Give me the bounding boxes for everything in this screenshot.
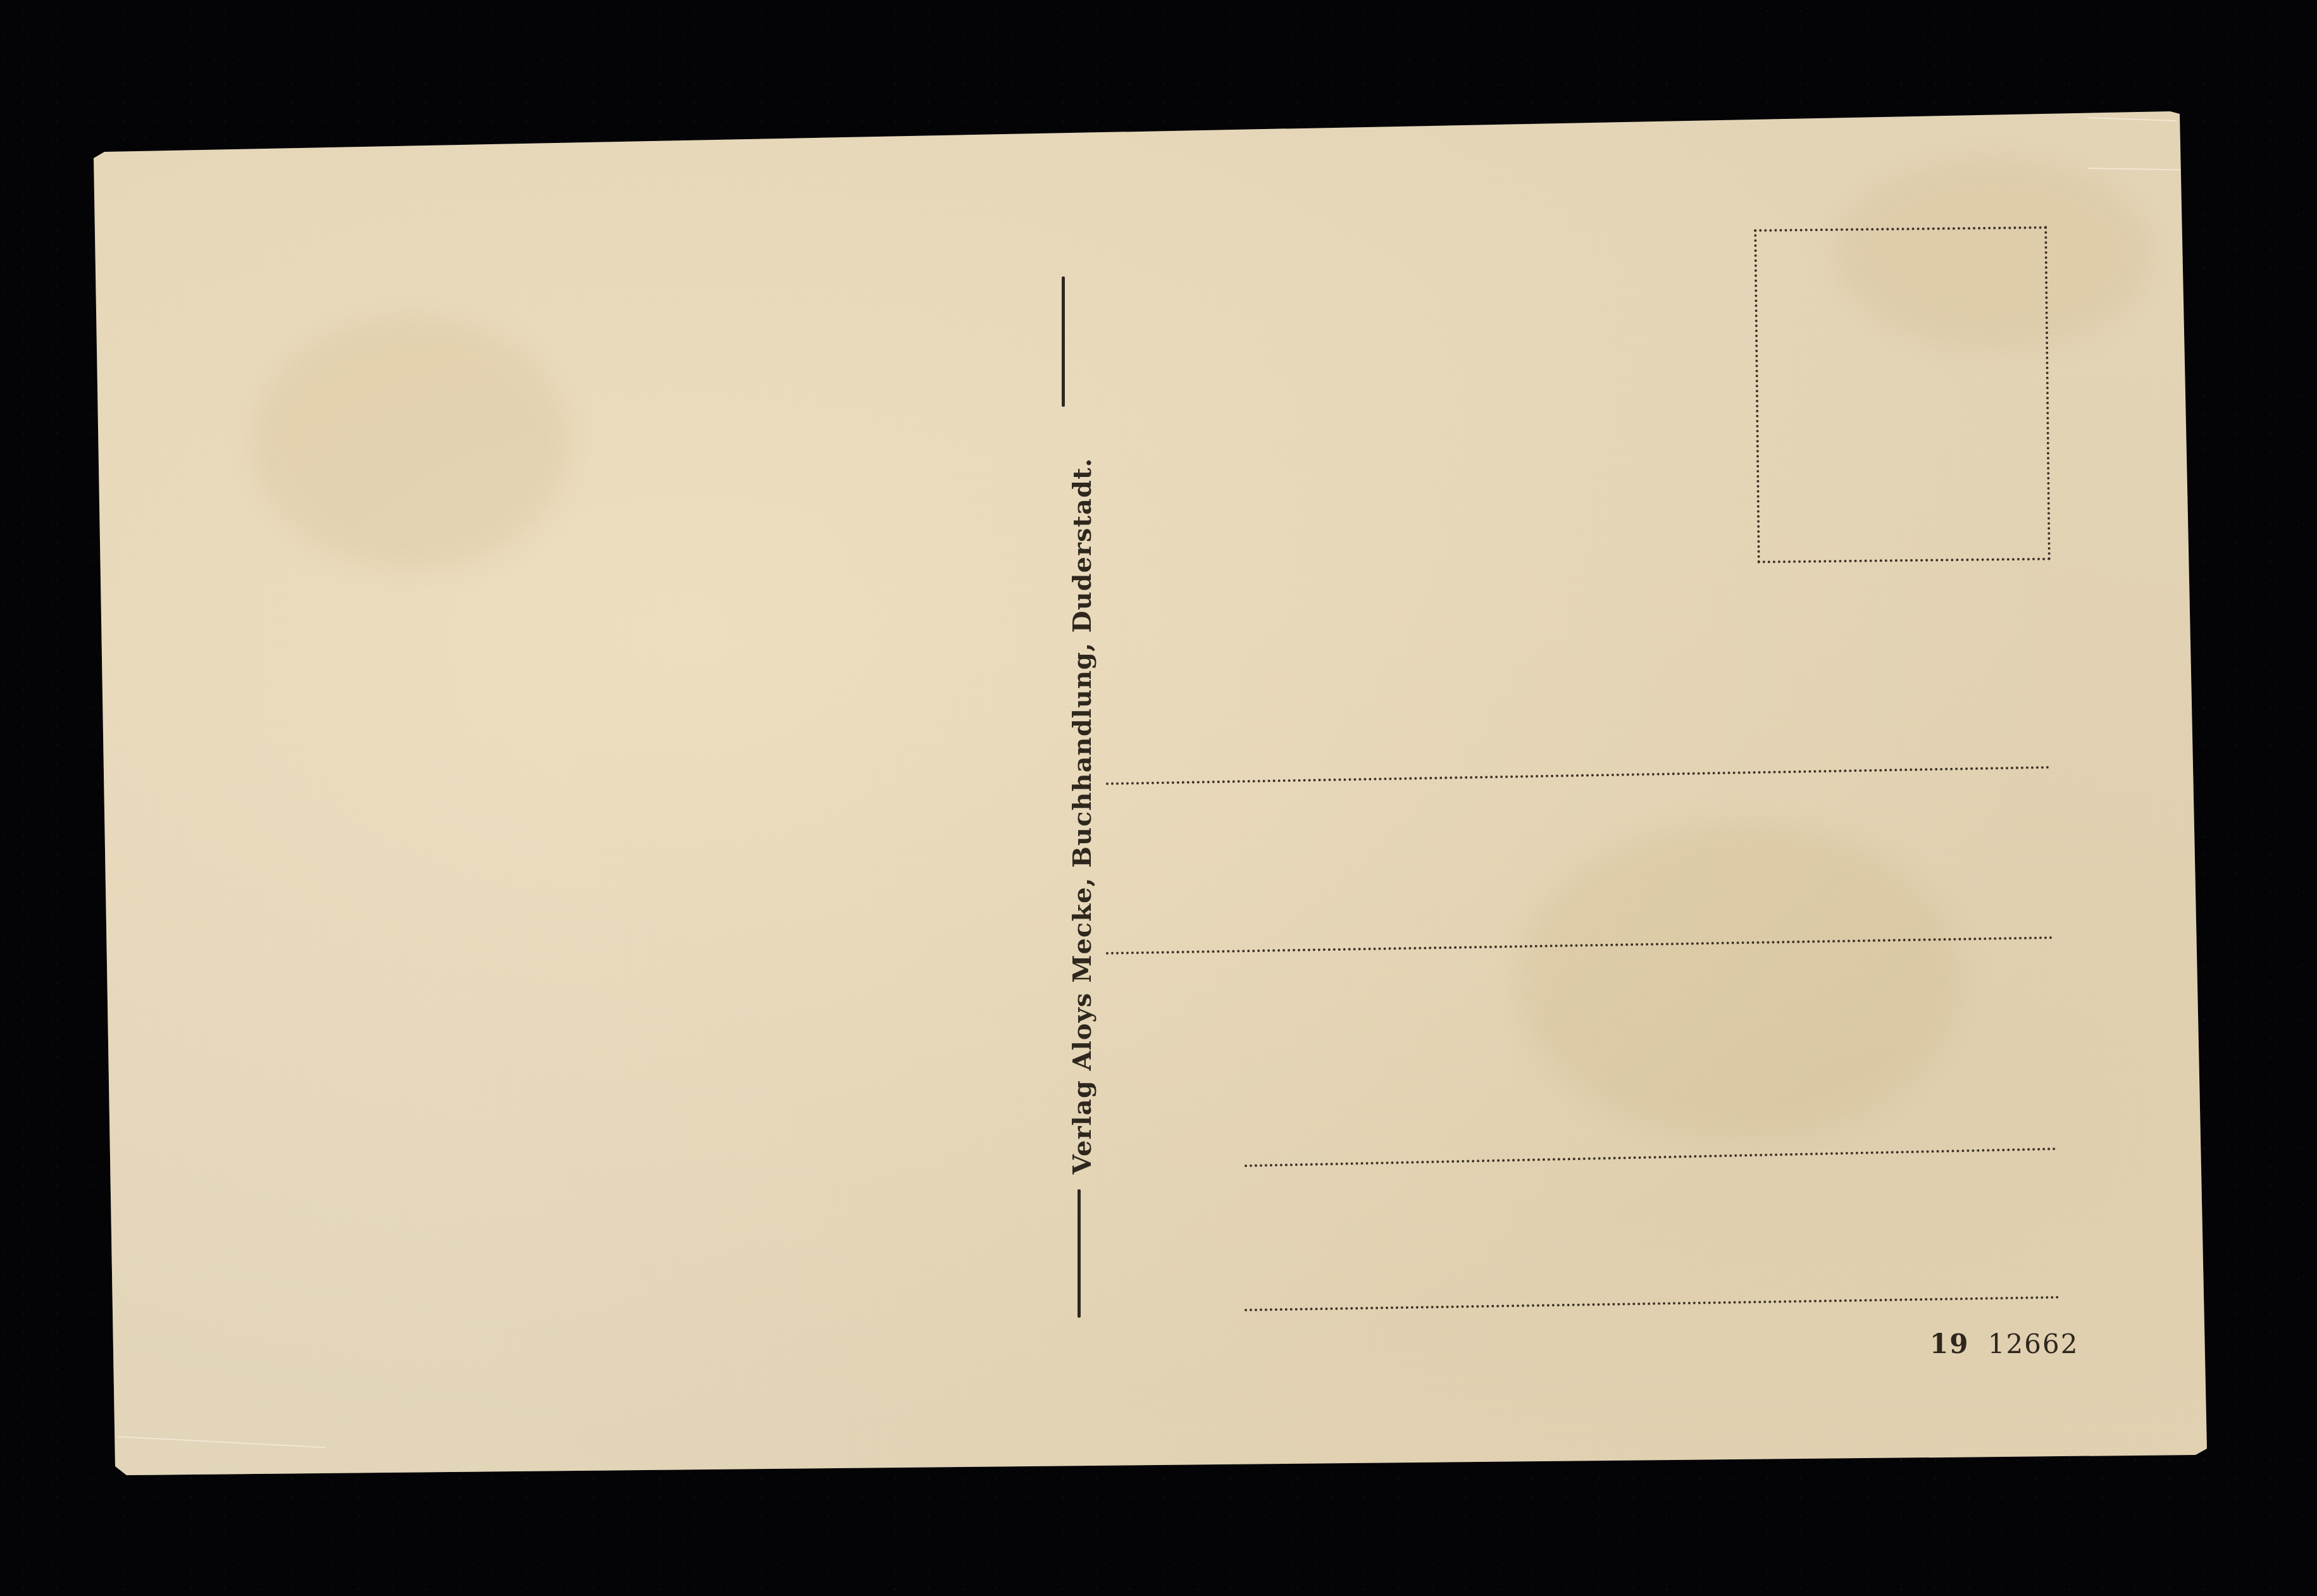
paper-crease xyxy=(2088,168,2183,171)
stamp-box xyxy=(1754,226,2051,564)
paper-crease xyxy=(2088,117,2177,121)
divider-rule-top xyxy=(1062,276,1065,407)
address-line-4 xyxy=(1245,1296,2059,1311)
paper-stain xyxy=(253,316,569,569)
address-line-3 xyxy=(1245,1148,2056,1167)
print-series: 19 xyxy=(1930,1328,1969,1359)
print-serial: 12662 xyxy=(1988,1328,2079,1359)
postcard: Verlag Aloys Mecke, Buchhandlung, Duders… xyxy=(0,0,2317,1596)
paper-stain xyxy=(1519,822,1961,1139)
print-number: 19 12662 xyxy=(1930,1328,2078,1359)
publisher-imprint: Verlag Aloys Mecke, Buchhandlung, Duders… xyxy=(1067,458,1097,1175)
paper-crease xyxy=(117,1436,326,1448)
address-line-1 xyxy=(1106,766,2050,785)
divider-rule-bottom xyxy=(1078,1189,1081,1318)
